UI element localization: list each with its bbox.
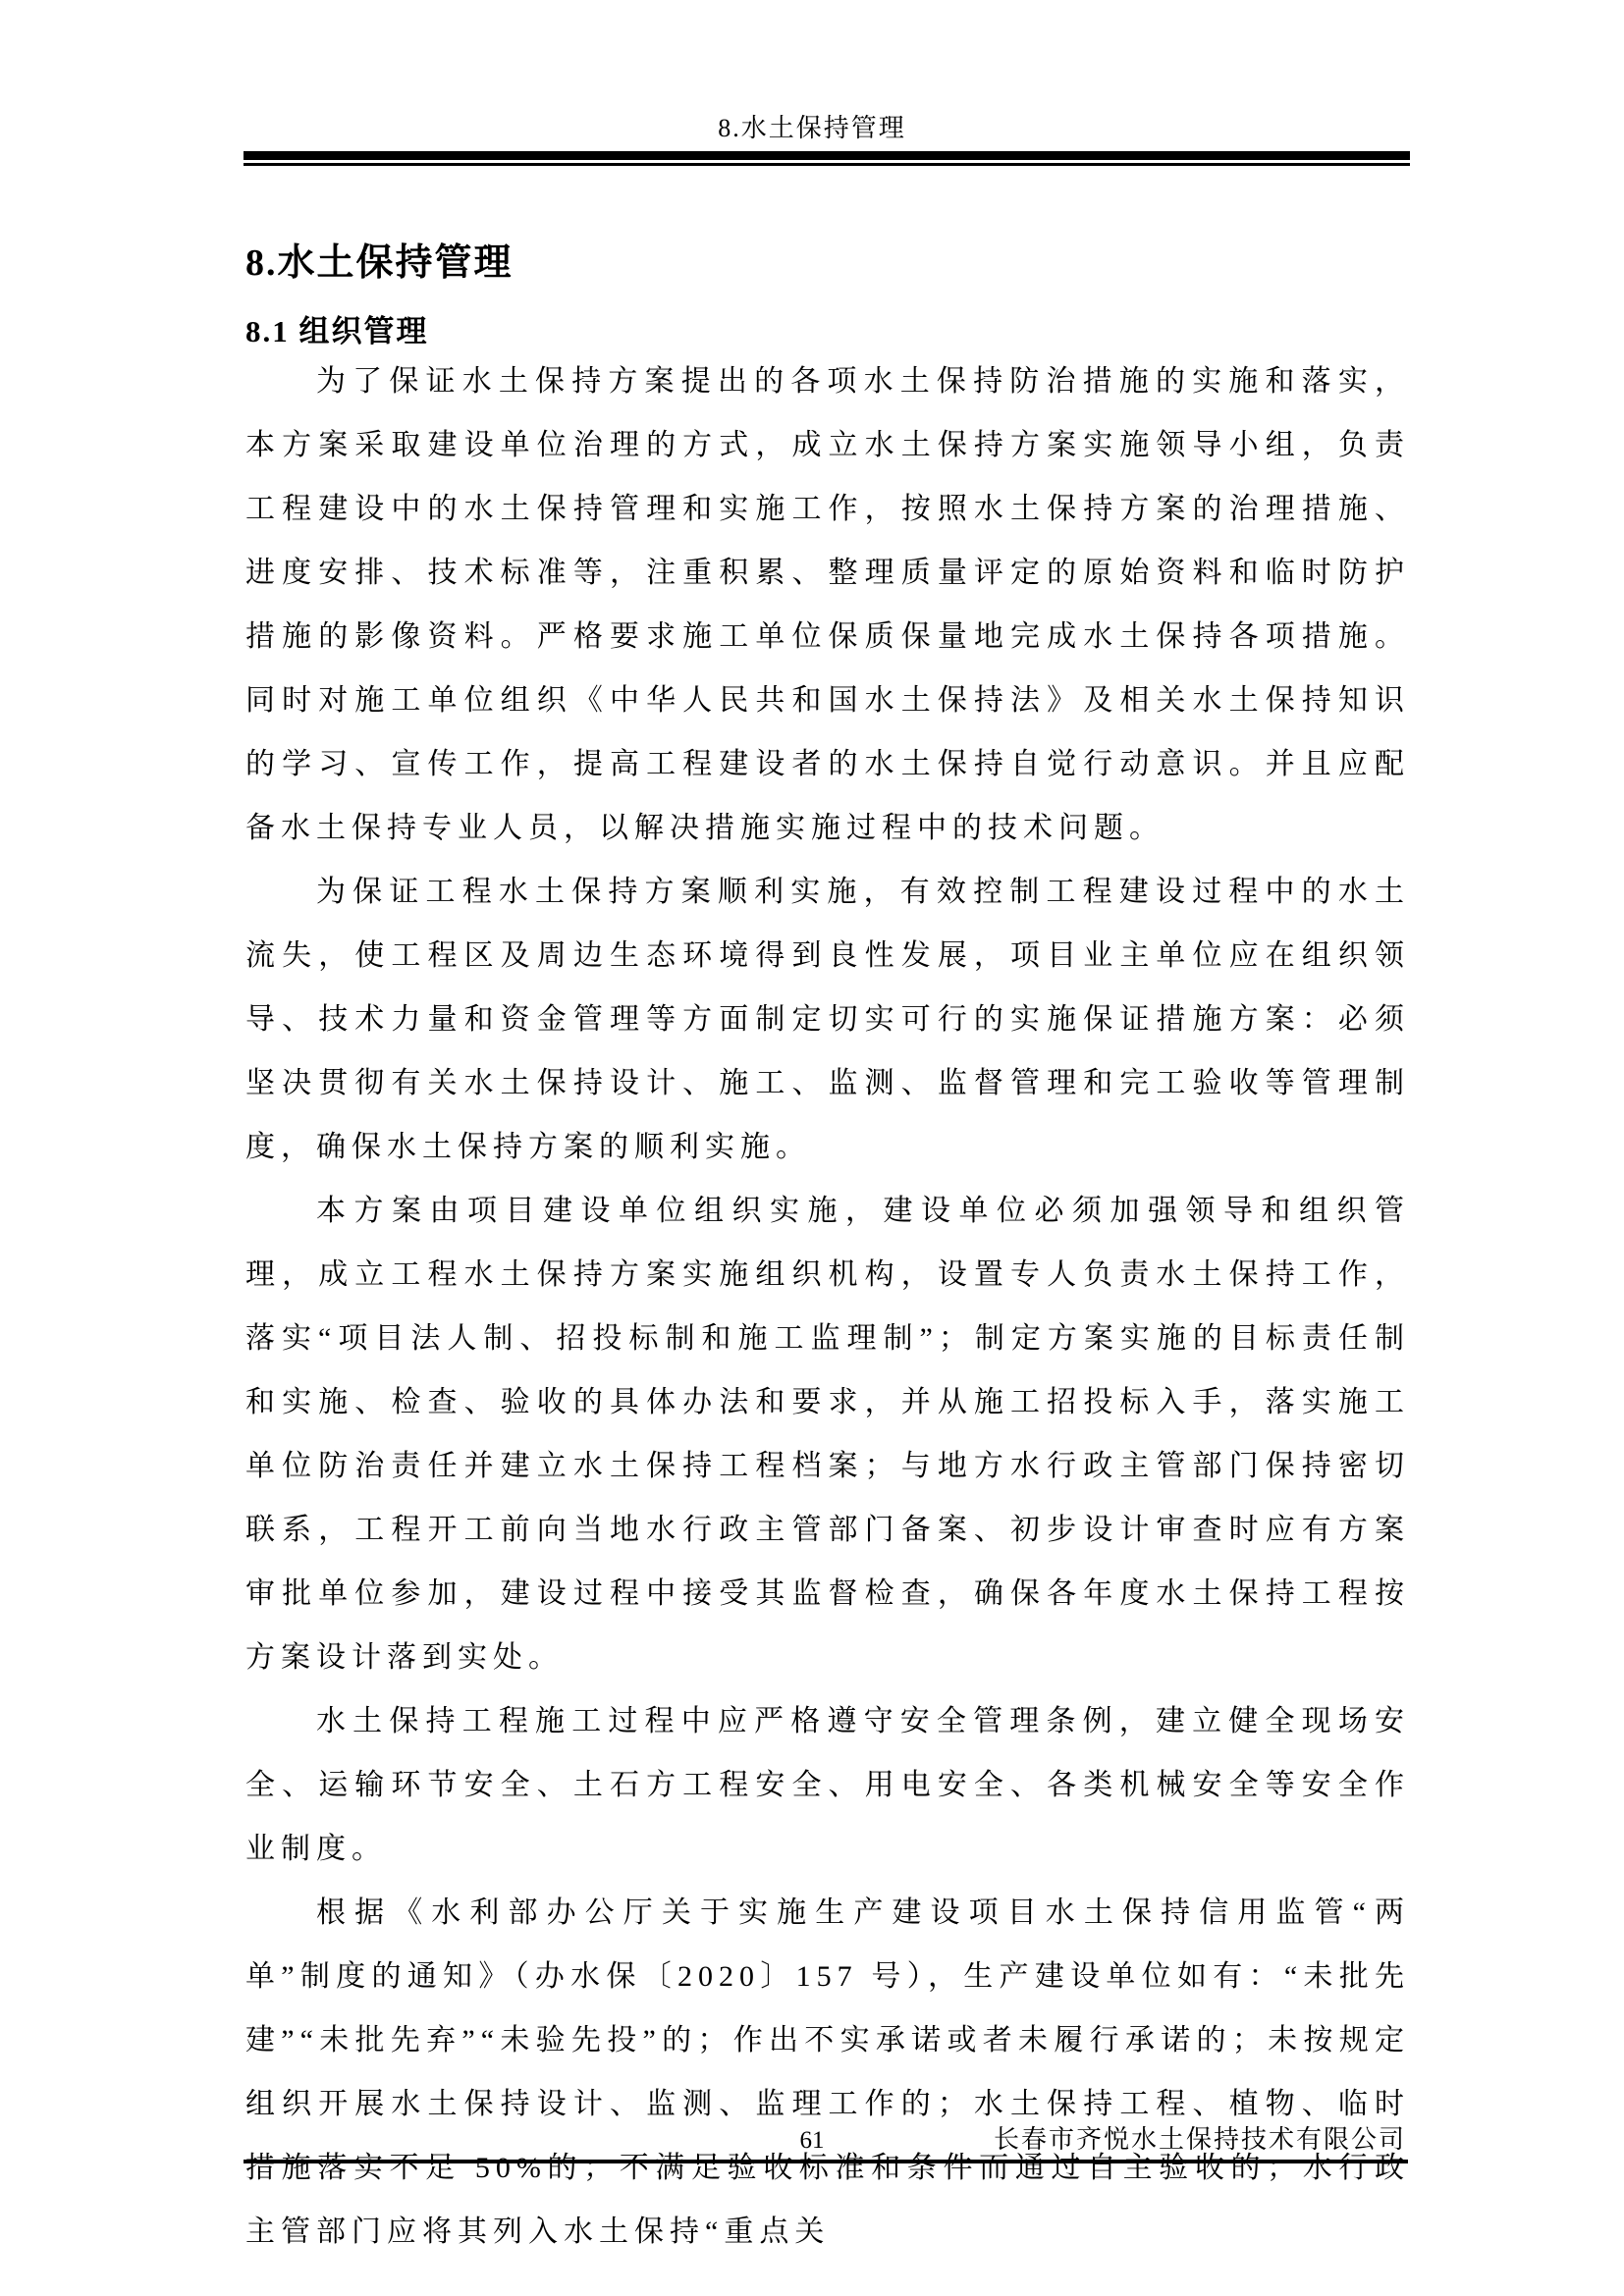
footer-company-name: 长春市齐悦水土保持技术有限公司 bbox=[245, 2124, 1406, 2156]
document-body: 为了保证水土保持方案提出的各项水土保持防治措施的实施和落实，本方案采取建设单位治… bbox=[245, 349, 1410, 2264]
footer-rule bbox=[244, 2160, 1408, 2163]
section-heading: 8.1 组织管理 bbox=[245, 306, 429, 350]
running-header-title: 8.水土保持管理 bbox=[0, 114, 1624, 143]
document-page: 8.水土保持管理 8.水土保持管理 8.1 组织管理 为了保证水土保持方案提出的… bbox=[0, 0, 1624, 2296]
paragraph-3: 本方案由项目建设单位组织实施，建设单位必须加强领导和组织管理，成立工程水土保持方… bbox=[245, 1179, 1410, 1689]
paragraph-4: 水土保持工程施工过程中应严格遵守安全管理条例，建立健全现场安全、运输环节安全、土… bbox=[245, 1689, 1410, 1881]
paragraph-1: 为了保证水土保持方案提出的各项水土保持防治措施的实施和落实，本方案采取建设单位治… bbox=[245, 349, 1410, 860]
header-rule-thin-line bbox=[244, 163, 1410, 166]
chapter-title: 8.水土保持管理 bbox=[245, 232, 514, 286]
header-rule-thick-line bbox=[244, 151, 1410, 160]
header-rule bbox=[244, 151, 1410, 166]
paragraph-5: 根据《水利部办公厅关于实施生产建设项目水土保持信用监管“两单”制度的通知》（办水… bbox=[245, 1881, 1410, 2264]
paragraph-2: 为保证工程水土保持方案顺利实施，有效控制工程建设过程中的水土流失，使工程区及周边… bbox=[245, 860, 1410, 1179]
